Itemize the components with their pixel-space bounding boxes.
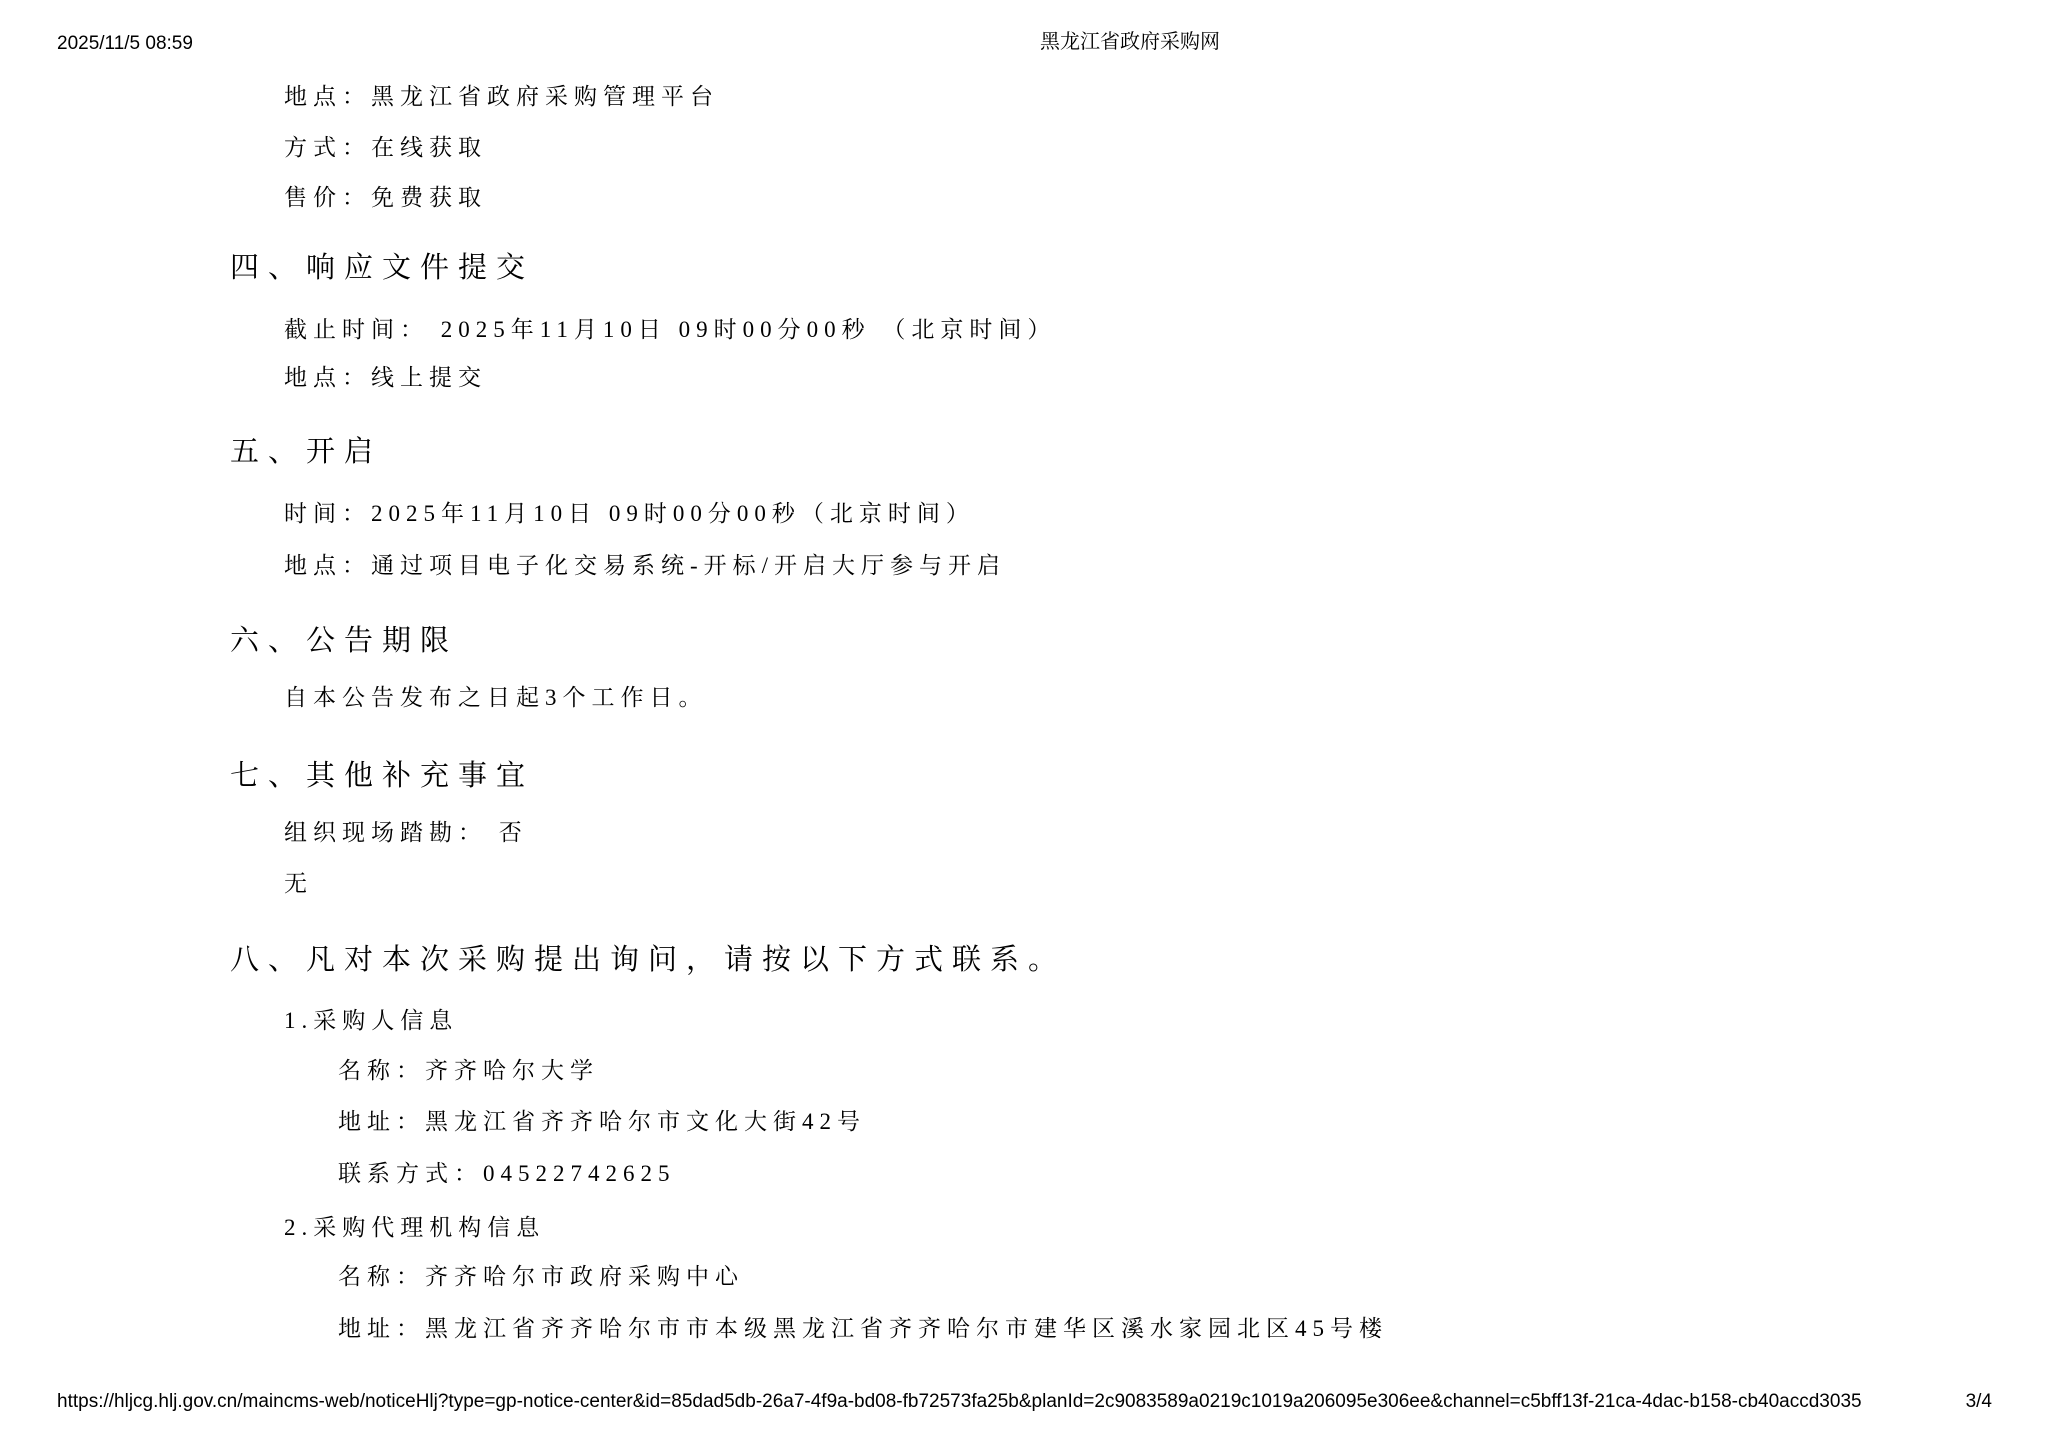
heading-section-4-response-submission: 四、响应文件提交 xyxy=(230,248,534,288)
print-footer-page-indicator: 3/4 xyxy=(1966,1390,1992,1414)
line-open-location: 地点：通过项目电子化交易系统-开标/开启大厅参与开启 xyxy=(284,550,1006,582)
line-agency-info-label: 2.采购代理机构信息 xyxy=(284,1212,545,1244)
line-agency-address: 地址：黑龙江省齐齐哈尔市市本级黑龙江省齐齐哈尔市建华区溪水家园北区45号楼 xyxy=(338,1313,1388,1345)
line-purchaser-info-label: 1.采购人信息 xyxy=(284,1005,458,1037)
print-header-site-name: 黑龙江省政府采购网 xyxy=(1040,30,1220,54)
line-purchaser-address: 地址：黑龙江省齐齐哈尔市文化大街42号 xyxy=(338,1106,866,1138)
line-open-time: 时间：2025年11月10日 09时00分00秒（北京时间） xyxy=(284,498,975,530)
line-purchaser-name: 名称：齐齐哈尔大学 xyxy=(338,1055,599,1087)
heading-section-8-contact: 八、凡对本次采购提出询问，请按以下方式联系。 xyxy=(230,940,1066,980)
line-obtain-price: 售价：免费获取 xyxy=(284,182,487,214)
print-preview-page: 2025/11/5 08:59 黑龙江省政府采购网 地点：黑龙江省政府采购管理平… xyxy=(0,0,2048,1447)
print-header-datetime: 2025/11/5 08:59 xyxy=(57,32,193,56)
heading-section-5-opening: 五、开启 xyxy=(230,432,382,472)
heading-section-7-other-matters: 七、其他补充事宜 xyxy=(230,756,534,796)
line-agency-name: 名称：齐齐哈尔市政府采购中心 xyxy=(338,1261,744,1293)
line-obtain-method: 方式：在线获取 xyxy=(284,132,487,164)
line-site-survey: 组织现场踏勘： 否 xyxy=(284,817,528,849)
line-submit-deadline: 截止时间： 2025年11月10日 09时00分00秒 （北京时间） xyxy=(284,314,1056,346)
line-other-note: 无 xyxy=(284,868,313,900)
heading-section-6-announcement-period: 六、公告期限 xyxy=(230,621,458,661)
line-purchaser-contact: 联系方式：04522742625 xyxy=(338,1158,676,1190)
line-announcement-period: 自本公告发布之日起3个工作日。 xyxy=(284,682,708,714)
print-footer-url: https://hljcg.hlj.gov.cn/maincms-web/not… xyxy=(57,1390,1862,1414)
line-submit-location: 地点：线上提交 xyxy=(284,362,487,394)
line-obtain-location: 地点：黑龙江省政府采购管理平台 xyxy=(284,81,719,113)
